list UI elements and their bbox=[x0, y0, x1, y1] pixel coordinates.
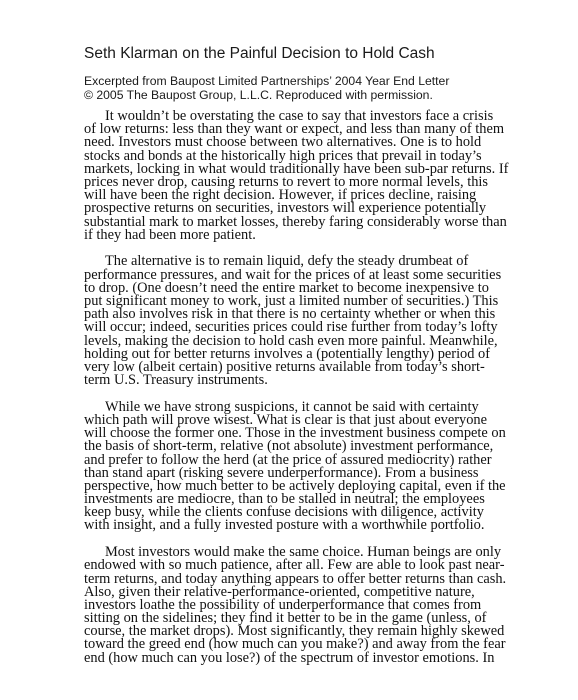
document-body: It wouldn’t be overstating the case to s… bbox=[84, 110, 508, 678]
document-source-note: Excerpted from Baupost Limited Partnersh… bbox=[84, 74, 449, 102]
paragraph-same-choice: Most investors would make the same choic… bbox=[84, 546, 508, 665]
text-line: if they had been more patient. bbox=[84, 229, 508, 242]
paragraph-strong-suspicions: While we have strong suspicions, it cann… bbox=[84, 401, 508, 533]
text-line: end (how much can you lose?) of the spec… bbox=[84, 652, 508, 665]
paragraph-remain-liquid: The alternative is to remain liquid, def… bbox=[84, 255, 508, 387]
copyright-line: © 2005 The Baupost Group, L.L.C. Reprodu… bbox=[84, 88, 449, 102]
document-title: Seth Klarman on the Painful Decision to … bbox=[84, 45, 435, 63]
text-line: term U.S. Treasury instruments. bbox=[84, 374, 508, 387]
paragraph-crisis-of-low-returns: It wouldn’t be overstating the case to s… bbox=[84, 110, 508, 242]
text-line: with insight, and a fully invested postu… bbox=[84, 519, 508, 532]
excerpt-source-line: Excerpted from Baupost Limited Partnersh… bbox=[84, 74, 449, 88]
